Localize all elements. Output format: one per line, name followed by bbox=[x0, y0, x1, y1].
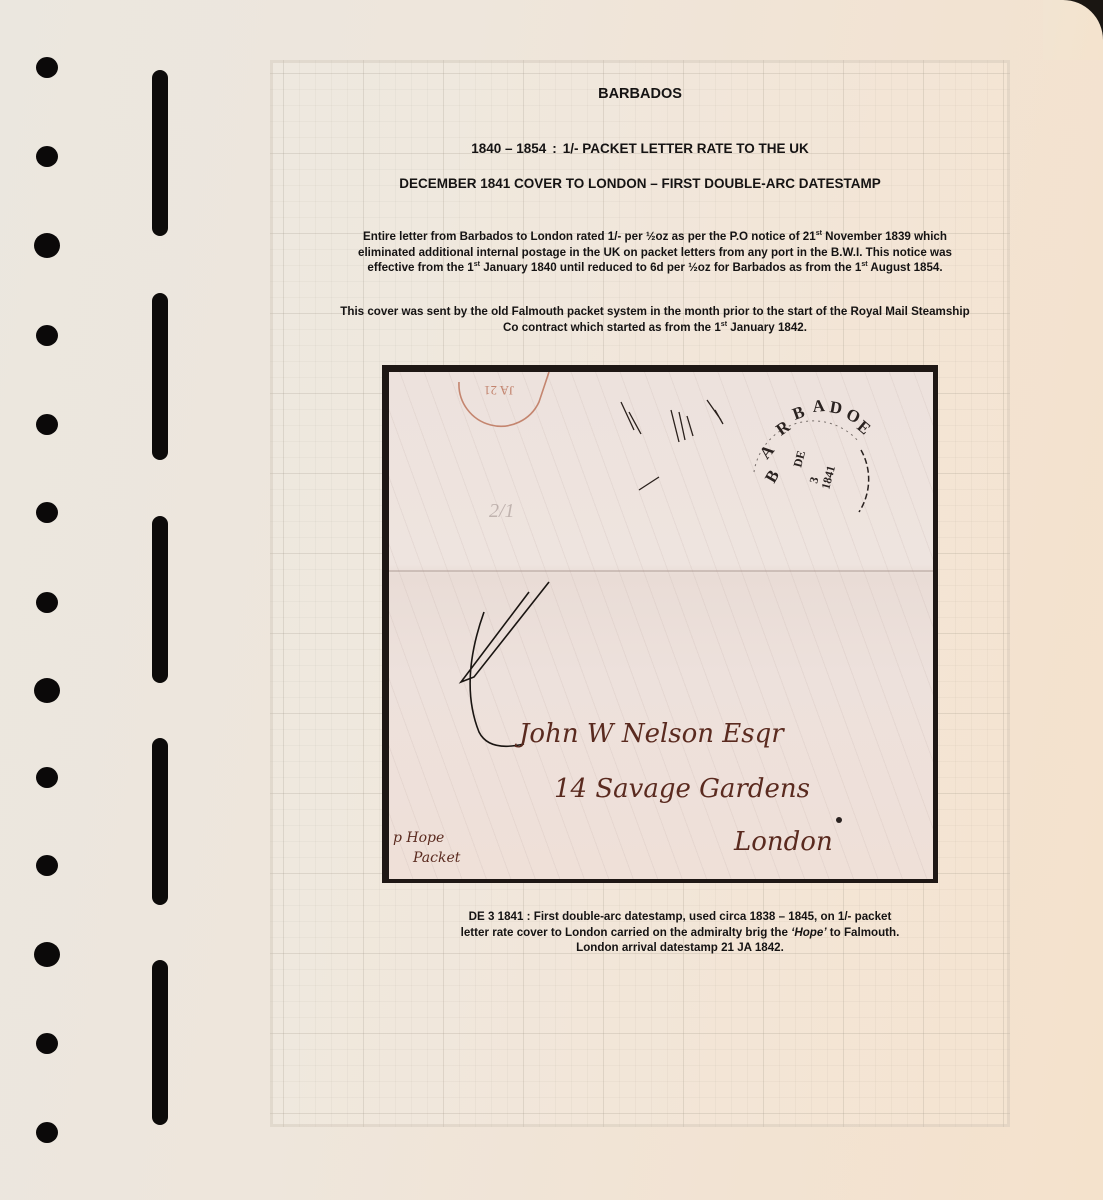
svg-text:R: R bbox=[772, 416, 794, 439]
period: 1840 – 1854 bbox=[471, 141, 546, 156]
text-fragment: January 1842. bbox=[727, 321, 807, 334]
svg-text:B: B bbox=[790, 402, 807, 424]
binder-hole bbox=[36, 325, 58, 346]
svg-text:D: D bbox=[828, 397, 843, 418]
binder-hole bbox=[36, 1033, 58, 1054]
svg-text:London: London bbox=[733, 827, 833, 857]
svg-text:JA 21: JA 21 bbox=[484, 383, 514, 398]
cover-markings: JA 21 B A R B A D O E DE bbox=[389, 372, 933, 879]
svg-text:14 Savage Gardens: 14 Savage Gardens bbox=[554, 774, 810, 804]
caption-line-2: letter rate cover to London carried on t… bbox=[420, 925, 940, 941]
description-paragraph-2: This cover was sent by the old Falmouth … bbox=[340, 304, 970, 335]
separator: : bbox=[552, 141, 557, 156]
binder-hole bbox=[34, 942, 60, 967]
svg-text:DE: DE bbox=[790, 449, 808, 469]
manuscript-marks-icon bbox=[621, 400, 723, 490]
caption-line-3: London arrival datestamp 21 JA 1842. bbox=[420, 940, 940, 956]
rate-period-heading: 1840 – 1854:1/- PACKET LETTER RATE TO TH… bbox=[270, 141, 1010, 156]
london-arrival-datestamp-icon: JA 21 bbox=[459, 372, 549, 426]
binder-slot bbox=[152, 293, 168, 460]
binder-hole bbox=[36, 414, 58, 435]
binder-hole bbox=[36, 592, 58, 613]
text-fragment: to Falmouth. bbox=[827, 926, 900, 939]
text-fragment: Entire letter from Barbados to London ra… bbox=[363, 230, 816, 243]
svg-text:A: A bbox=[812, 396, 827, 416]
rate-heading: 1/- PACKET LETTER RATE TO THE UK bbox=[563, 141, 809, 156]
page-title: BARBADOS bbox=[270, 86, 1010, 102]
svg-text:B: B bbox=[761, 467, 783, 486]
address-handwriting: John W Nelson Esqr 14 Savage Gardens Lon… bbox=[393, 719, 833, 866]
svg-text:A: A bbox=[756, 440, 779, 462]
barbados-datestamp-icon: B A R B A D O E DE 3 1841 bbox=[754, 396, 874, 512]
binder-slot bbox=[152, 960, 168, 1125]
svg-text:Packet: Packet bbox=[412, 850, 461, 866]
svg-text:John W Nelson Esqr: John W Nelson Esqr bbox=[514, 719, 785, 749]
caption-line-1: DE 3 1841 : First double-arc datestamp, … bbox=[420, 909, 940, 925]
svg-text:1841: 1841 bbox=[818, 464, 838, 491]
binder-hole bbox=[36, 1122, 58, 1143]
cover-heading: DECEMBER 1841 COVER TO LONDON – FIRST DO… bbox=[270, 176, 1010, 191]
binder-hole bbox=[36, 57, 58, 78]
binder-slot bbox=[152, 516, 168, 683]
binder-slot bbox=[152, 70, 168, 236]
binder-hole bbox=[36, 767, 58, 788]
binder-hole bbox=[36, 855, 58, 876]
postal-cover-image: JA 21 B A R B A D O E DE bbox=[389, 372, 933, 879]
binder-hole bbox=[36, 146, 58, 167]
cover-caption: DE 3 1841 : First double-arc datestamp, … bbox=[420, 909, 940, 956]
text-fragment: January 1840 until reduced to 6d per ½oz… bbox=[480, 261, 861, 274]
svg-text:p Hope: p Hope bbox=[393, 830, 444, 846]
text-fragment: This cover was sent by the old Falmouth … bbox=[340, 305, 969, 334]
binder-hole bbox=[36, 502, 58, 523]
binder-hole bbox=[34, 233, 60, 258]
binder-hole bbox=[34, 678, 60, 703]
binder-slot bbox=[152, 738, 168, 905]
text-fragment: letter rate cover to London carried on t… bbox=[461, 926, 791, 939]
description-paragraph-1: Entire letter from Barbados to London ra… bbox=[340, 229, 970, 276]
text-fragment: August 1854. bbox=[868, 261, 943, 274]
svg-text:2/1: 2/1 bbox=[489, 500, 515, 522]
ship-name: ‘Hope’ bbox=[791, 926, 826, 939]
